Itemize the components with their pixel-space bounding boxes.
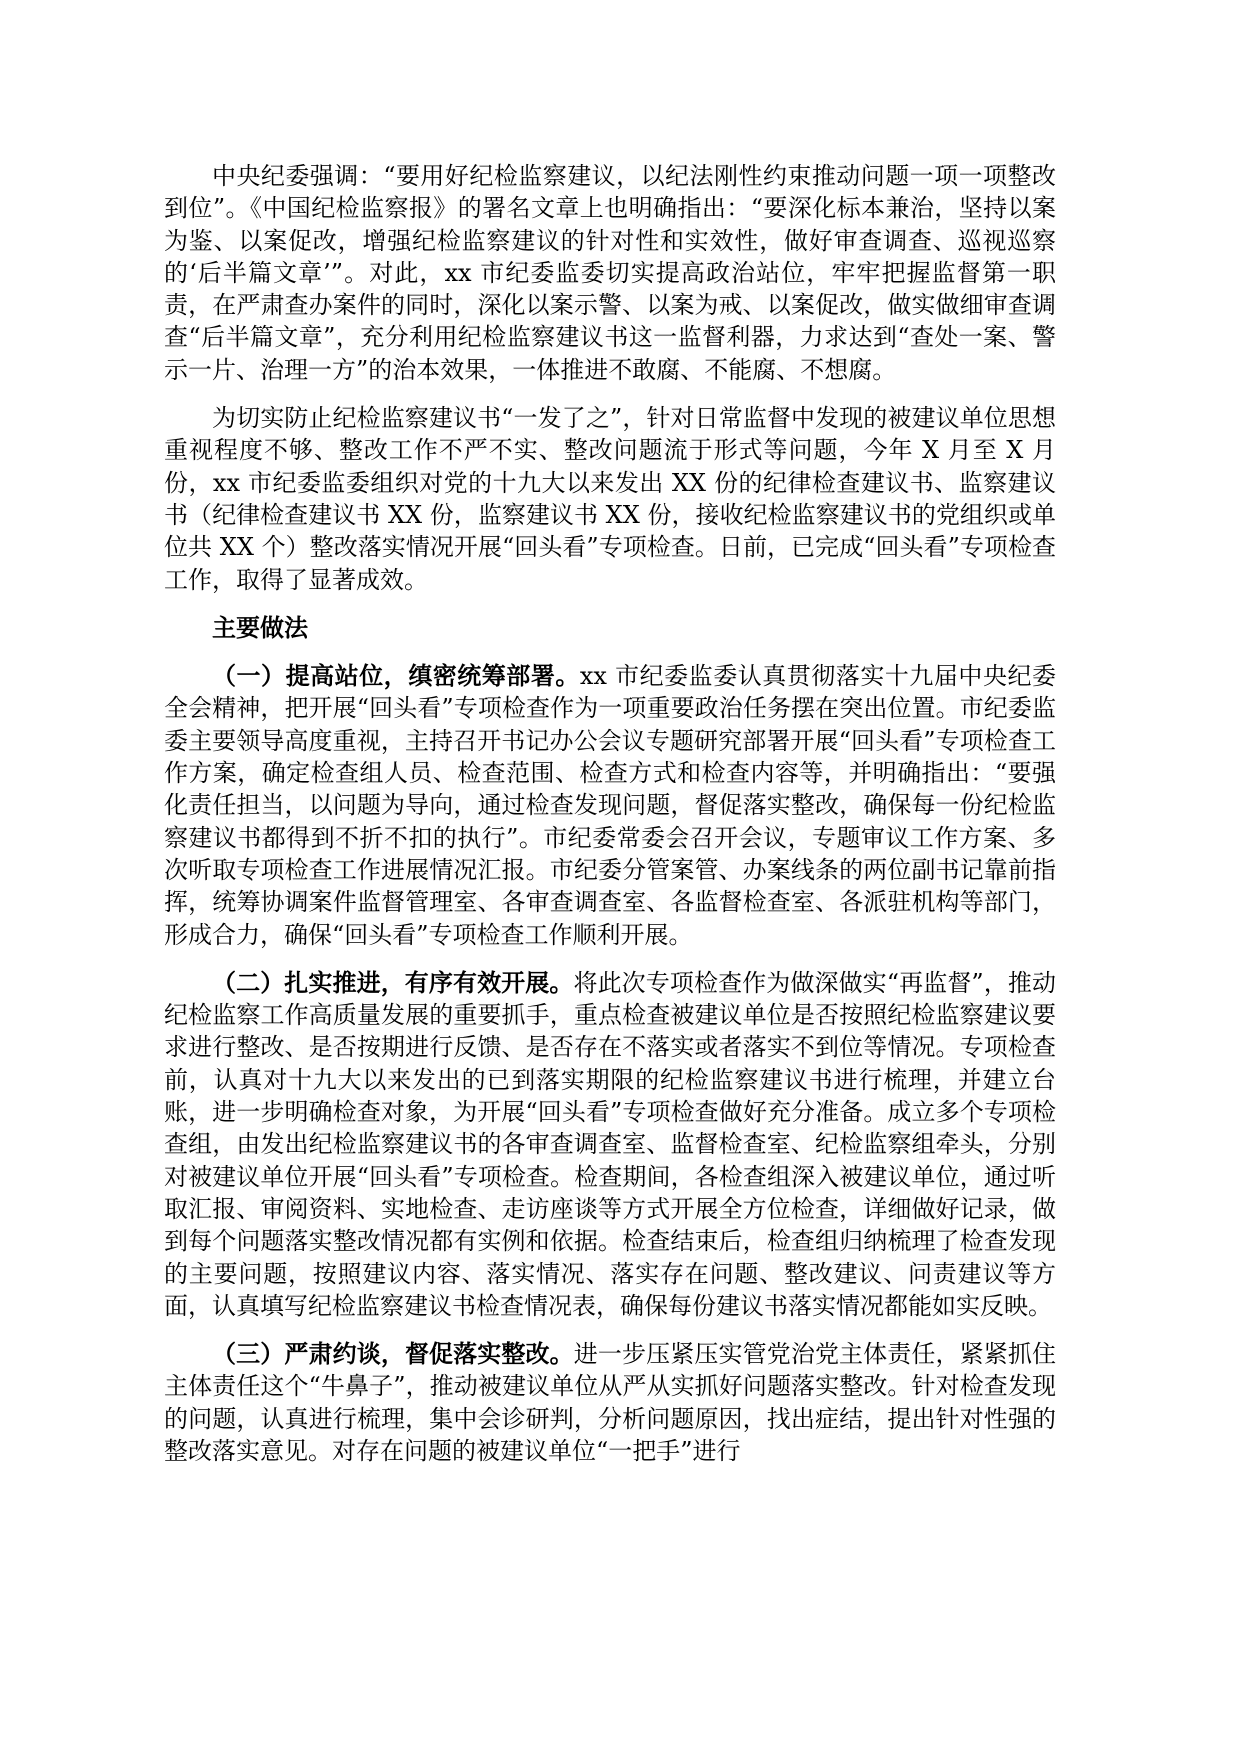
section-2-lead: （二）扎实推进，有序有效开展。 bbox=[212, 968, 573, 997]
document-page: 中央纪委强调：“要用好纪检监察建议，以纪法刚性约束推动问题一项一项整改到位”。《… bbox=[0, 0, 1240, 1754]
section-2-text: 将此次专项检查作为做深做实“再监督”，推动纪检监察工作高质量发展的重要抓手，重点… bbox=[164, 969, 1056, 1320]
section-3-lead: （三）严肃约谈，督促落实整改。 bbox=[212, 1339, 574, 1368]
paragraph-section-2: （二）扎实推进，有序有效开展。将此次专项检查作为做深做实“再监督”，推动纪检监察… bbox=[164, 967, 1056, 1322]
section-heading-main-practices: 主要做法 bbox=[164, 612, 1056, 644]
paragraph-section-3: （三）严肃约谈，督促落实整改。进一步压紧压实管党治党主体责任，紧紧抓住主体责任这… bbox=[164, 1338, 1056, 1467]
section-1-text: xx 市纪委监委认真贯彻落实十九届中央纪委全会精神，把开展“回头看”专项检查作为… bbox=[164, 662, 1056, 948]
paragraph-section-1: （一）提高站位，缜密统筹部署。xx 市纪委监委认真贯彻落实十九届中央纪委全会精神… bbox=[164, 660, 1056, 951]
paragraph-intro-1: 中央纪委强调：“要用好纪检监察建议，以纪法刚性约束推动问题一项一项整改到位”。《… bbox=[164, 160, 1056, 386]
paragraph-intro-2: 为切实防止纪检监察建议书“一发了之”，针对日常监督中发现的被建议单位思想重视程度… bbox=[164, 402, 1056, 596]
section-1-lead: （一）提高站位，缜密统筹部署。 bbox=[212, 661, 580, 690]
document-body: 中央纪委强调：“要用好纪检监察建议，以纪法刚性约束推动问题一项一项整改到位”。《… bbox=[164, 160, 1056, 1467]
